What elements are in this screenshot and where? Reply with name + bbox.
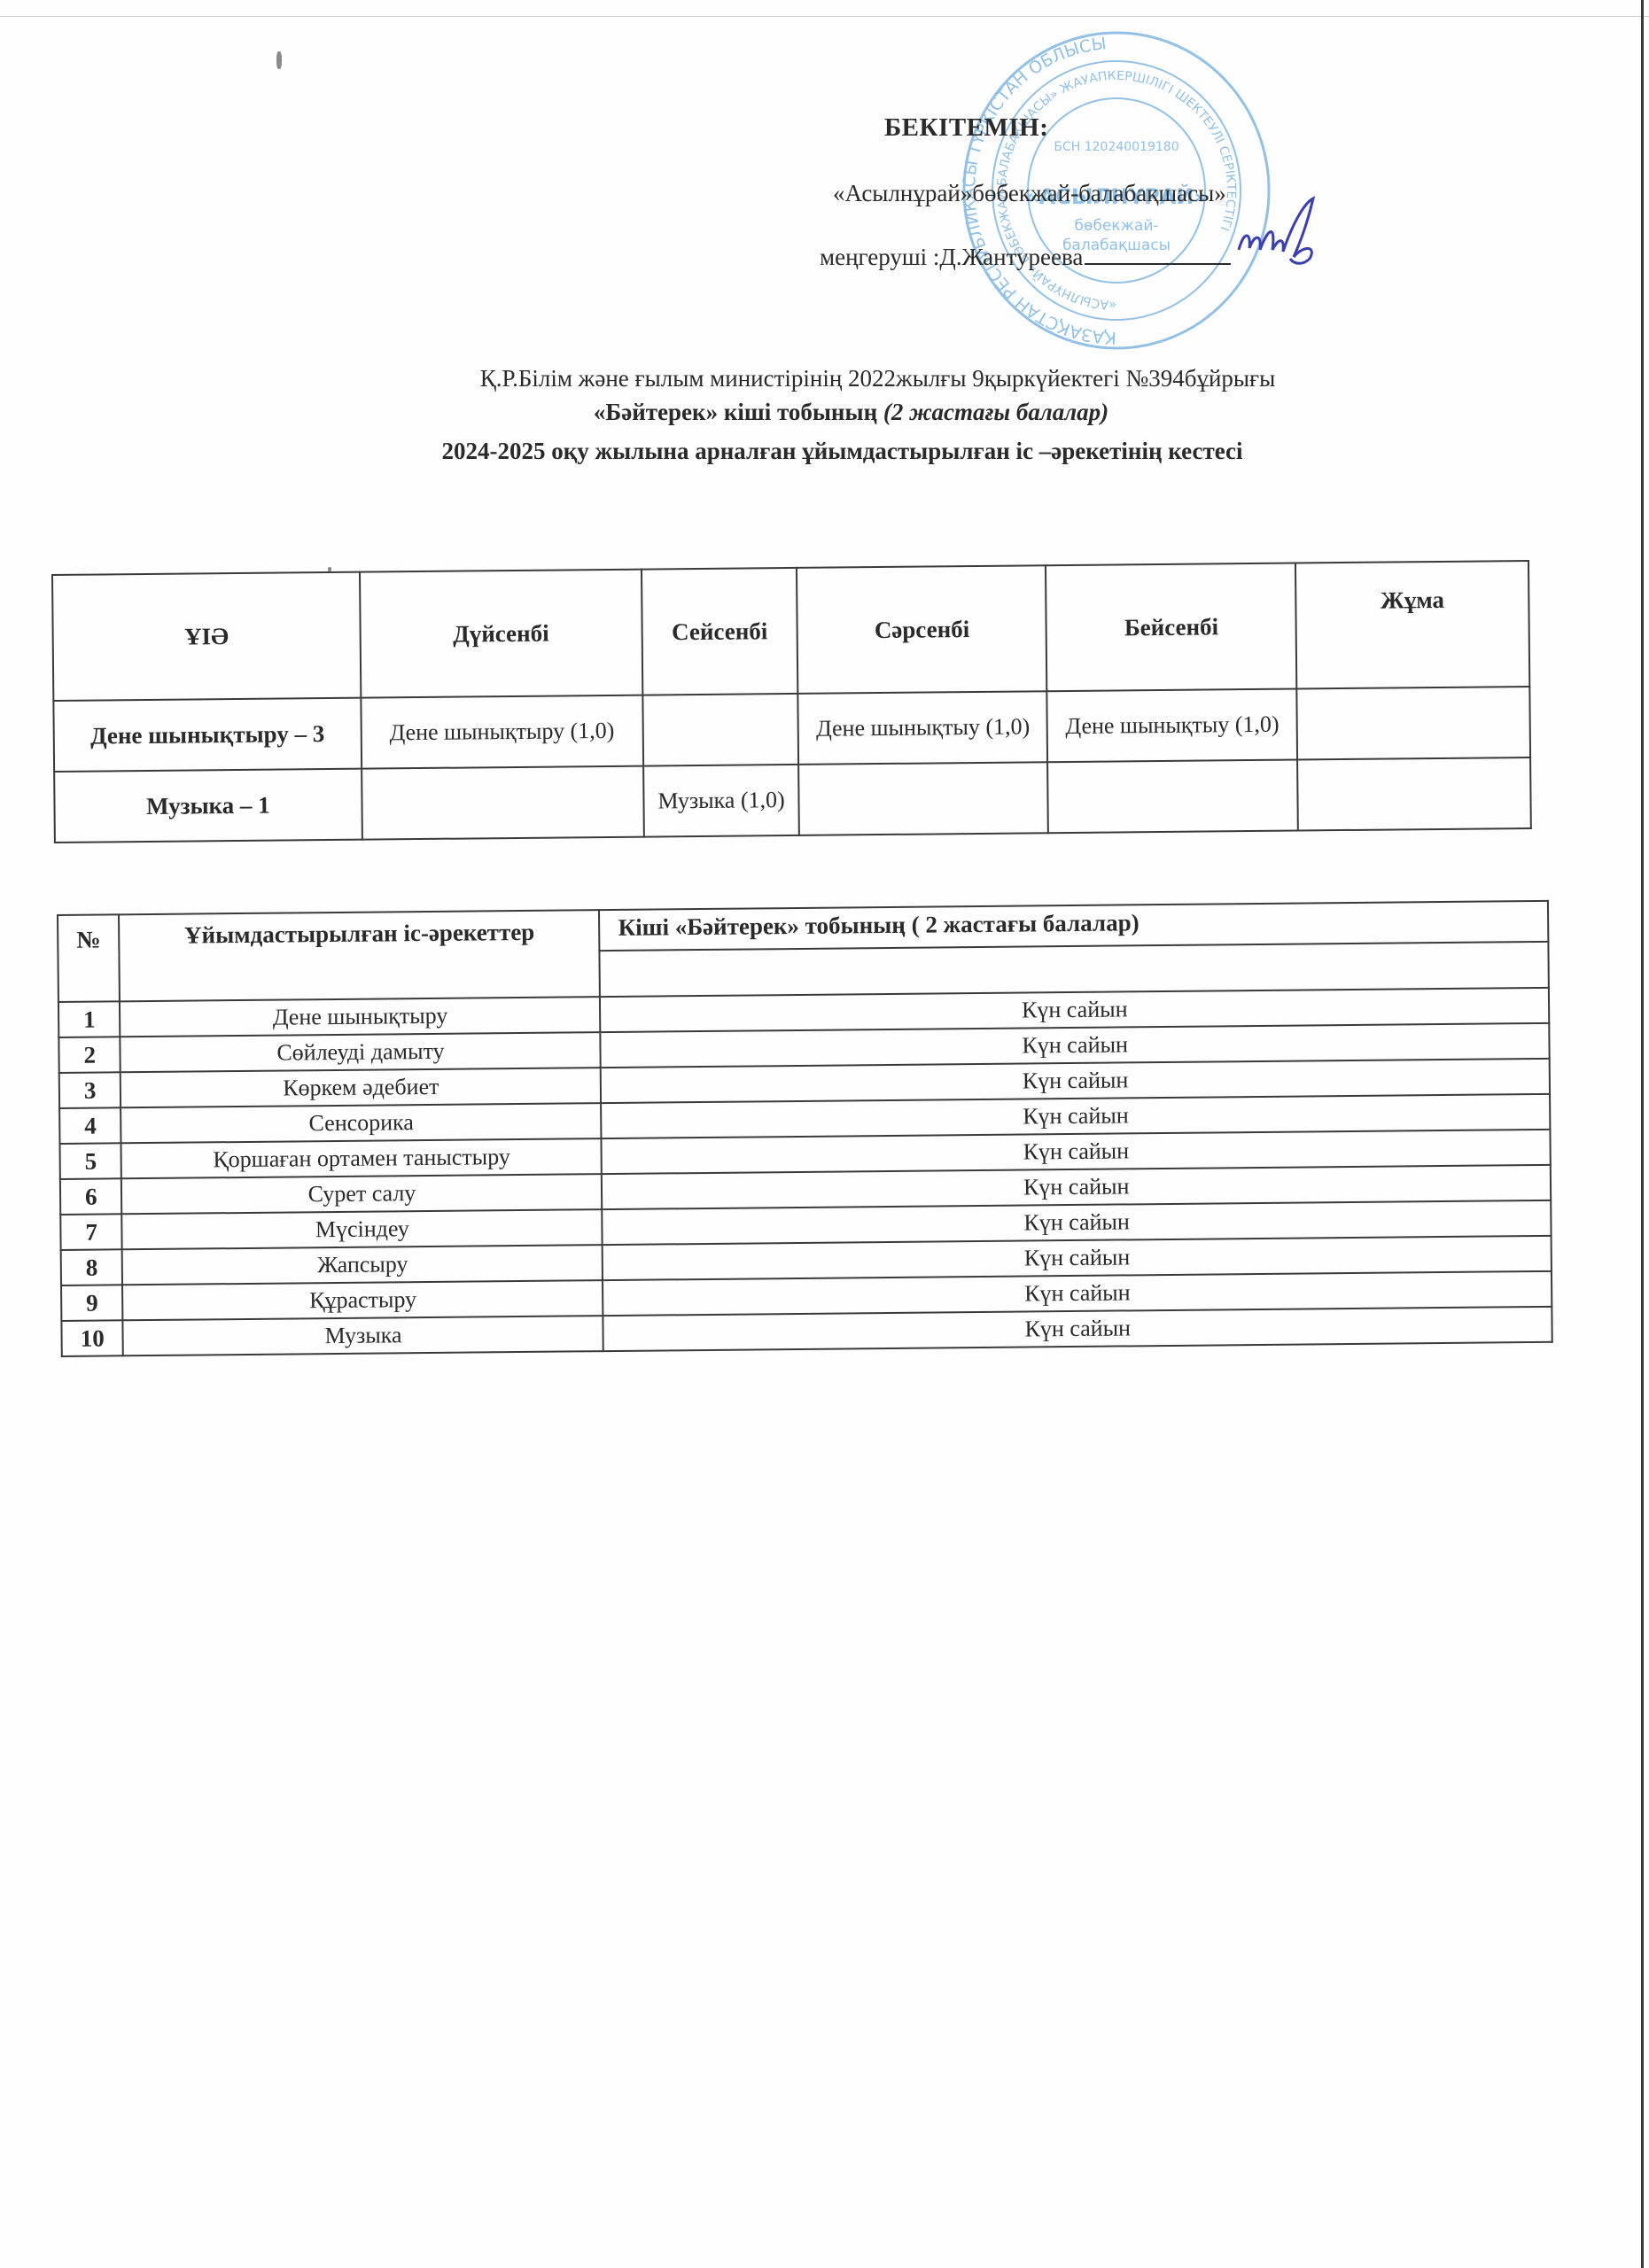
header-friday: Жұма	[1295, 561, 1529, 689]
row-number: 3	[59, 1072, 121, 1108]
approval-head: меңгеруші :Д.Жантуреева	[820, 244, 1231, 271]
row-activity: Мүсіндеу	[122, 1209, 603, 1249]
header-wednesday: Сәрсенбі	[797, 565, 1046, 694]
signature-icon	[1232, 195, 1329, 275]
cell-monday	[362, 766, 644, 840]
svg-text:БСН 120240019180: БСН 120240019180	[1054, 140, 1178, 154]
group-age: (2 жастағы балалар)	[883, 399, 1108, 425]
svg-text:бөбекжай-: бөбекжай-	[1074, 217, 1158, 235]
header-thursday: Бейсенбі	[1046, 563, 1296, 692]
cell-thursday: Дене шынықтыу (1,0)	[1047, 689, 1298, 763]
row-activity: Жапсыру	[122, 1245, 603, 1285]
schedule-row: Музыка – 1 Музыка (1,0)	[54, 757, 1531, 843]
schedule-header-row: ҰІӘ Дүйсенбі Сейсенбі Сәрсенбі Бейсенбі …	[52, 561, 1529, 701]
signature-line	[1085, 262, 1231, 265]
group-name: «Бәйтерек» кіші тобының	[594, 399, 883, 425]
header-number: №	[58, 914, 120, 1002]
schedule-title: 2024-2025 оқу жылына арналған ұйымдастыр…	[18, 438, 1649, 465]
row-number: 10	[61, 1320, 123, 1356]
row-activity: Дене шынықтыру – 3	[53, 698, 361, 772]
header-activity: ҰІӘ	[52, 572, 361, 701]
group-title: «Бәйтерек» кіші тобының (2 жастағы балал…	[27, 399, 1649, 426]
row-number: 7	[60, 1214, 122, 1250]
row-activity: Музыка	[123, 1316, 603, 1355]
scan-page-edge-top	[0, 16, 1649, 17]
row-number: 8	[61, 1249, 123, 1285]
cell-friday	[1297, 757, 1530, 831]
cell-friday	[1297, 687, 1530, 760]
cell-wednesday: Дене шынықтыу (1,0)	[798, 691, 1048, 765]
approval-organization: «Асылнұрай»бөбекжай-балабақшасы»	[833, 180, 1226, 207]
row-activity: Көркем әдебиет	[121, 1068, 601, 1107]
row-activity: Сурет салу	[121, 1174, 602, 1214]
row-number: 5	[59, 1143, 121, 1179]
cell-wednesday	[798, 762, 1048, 835]
row-activity: Дене шынықтыру	[120, 997, 600, 1037]
row-number: 4	[59, 1107, 121, 1144]
row-activity: Музыка – 1	[54, 769, 362, 843]
header-monday: Дүйсенбі	[360, 570, 642, 698]
scan-speck	[276, 51, 282, 69]
approval-title: БЕКІТЕМІН:	[884, 113, 1048, 143]
row-activity: Қоршаған ортамен таныстыру	[121, 1138, 602, 1178]
activities-frequency-table: № Ұйымдастырылған іс-әрекеттер Кіші «Бәй…	[57, 900, 1553, 1357]
order-reference: Қ.Р.Білім және ғылым министірінің 2022жы…	[53, 365, 1649, 392]
row-number: 1	[58, 1001, 121, 1037]
row-number: 2	[58, 1037, 121, 1073]
header-activity: Ұйымдастырылған іс-әрекеттер	[119, 910, 600, 1001]
cell-monday: Дене шынықтыру (1,0)	[361, 695, 643, 769]
cell-thursday	[1047, 760, 1298, 834]
weekly-schedule-table: ҰІӘ Дүйсенбі Сейсенбі Сәрсенбі Бейсенбі …	[51, 560, 1532, 843]
row-number: 6	[60, 1178, 122, 1215]
cell-tuesday: Музыка (1,0)	[643, 765, 799, 837]
scan-page-edge-right	[1641, 0, 1644, 2268]
row-activity: Сөйлеуді дамыту	[121, 1032, 601, 1072]
row-number: 9	[61, 1285, 123, 1321]
head-name: меңгеруші :Д.Жантуреева	[820, 244, 1083, 270]
cell-tuesday	[642, 694, 798, 766]
header-tuesday: Сейсенбі	[642, 568, 798, 695]
row-activity: Сенсорика	[121, 1103, 602, 1143]
row-activity: Құрастыру	[122, 1280, 603, 1320]
